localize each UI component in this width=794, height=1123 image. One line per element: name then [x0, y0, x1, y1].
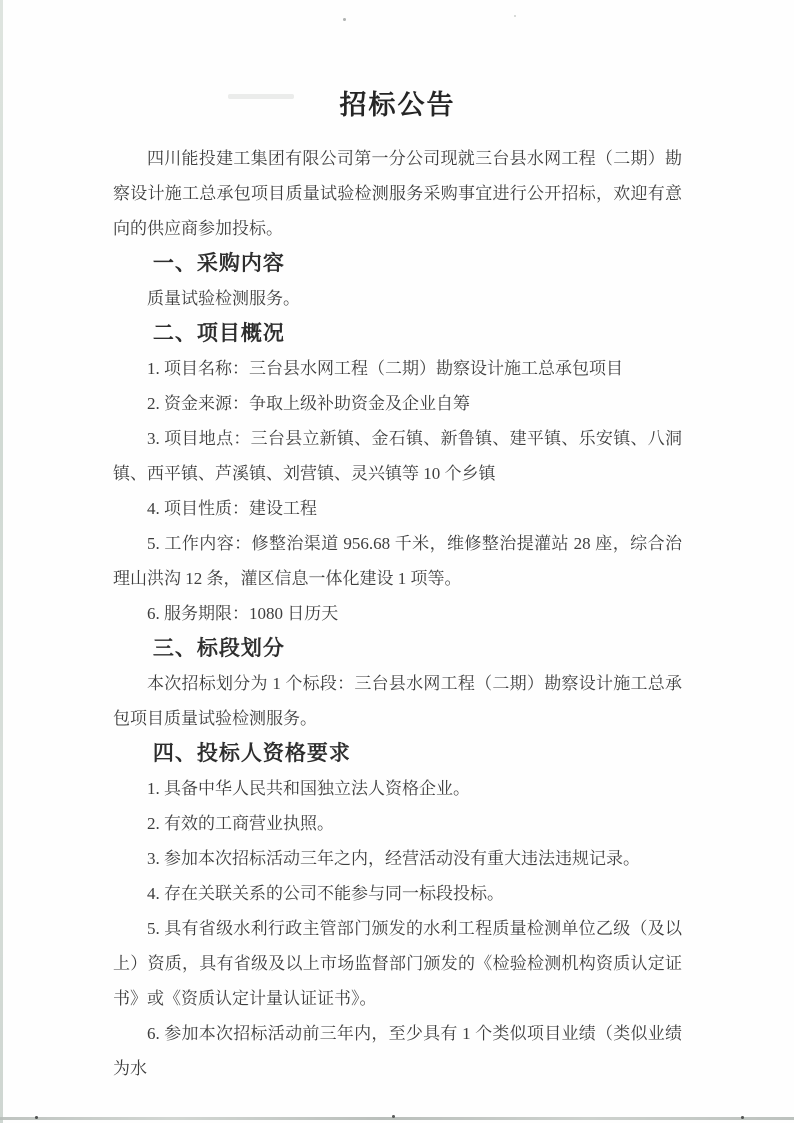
scan-edge-left-artifact: [0, 0, 3, 1123]
document-content: 招标公告 四川能投建工集团有限公司第一分公司现就三台县水网工程（二期）勘察设计施…: [113, 86, 682, 1086]
paragraph: 1. 具备中华人民共和国独立法人资格企业。: [113, 771, 682, 806]
paragraph: 2. 有效的工商营业执照。: [113, 806, 682, 841]
scan-speck: [392, 1115, 395, 1118]
paragraph: 4. 存在关联关系的公司不能参与同一标段投标。: [113, 876, 682, 911]
intro-paragraph: 四川能投建工集团有限公司第一分公司现就三台县水网工程（二期）勘察设计施工总承包项…: [113, 141, 682, 246]
paragraph: 5. 具有省级水利行政主管部门颁发的水利工程质量检测单位乙级（及以上）资质，具有…: [113, 911, 682, 1016]
section-heading-bid-section-division: 三、标段划分: [113, 631, 682, 666]
paragraph: 1. 项目名称：三台县水网工程（二期）勘察设计施工总承包项目: [113, 351, 682, 386]
paragraph: 4. 项目性质：建设工程: [113, 491, 682, 526]
paragraph: 3. 参加本次招标活动三年之内，经营活动没有重大违法违规记录。: [113, 841, 682, 876]
paragraph: 6. 服务期限：1080 日历天: [113, 596, 682, 631]
scan-speck: [514, 15, 516, 17]
document-title: 招标公告: [113, 86, 682, 124]
paragraph: 本次招标划分为 1 个标段：三台县水网工程（二期）勘察设计施工总承包项目质量试验…: [113, 666, 682, 736]
scanned-document-page: 招标公告 四川能投建工集团有限公司第一分公司现就三台县水网工程（二期）勘察设计施…: [0, 0, 794, 1123]
section-heading-project-overview: 二、项目概况: [113, 316, 682, 351]
paragraph: 5. 工作内容：修整治渠道 956.68 千米，维修整治提灌站 28 座，综合治…: [113, 526, 682, 596]
scan-speck: [343, 18, 346, 21]
section-heading-bidder-qualifications: 四、投标人资格要求: [113, 736, 682, 771]
paragraph: 6. 参加本次招标活动前三年内，至少具有 1 个类似项目业绩（类似业绩为水: [113, 1016, 682, 1086]
section-heading-procurement-content: 一、采购内容: [113, 246, 682, 281]
paragraph: 2. 资金来源：争取上级补助资金及企业自筹: [113, 386, 682, 421]
paragraph: 3. 项目地点：三台县立新镇、金石镇、新鲁镇、建平镇、乐安镇、八洞镇、西平镇、芦…: [113, 421, 682, 491]
scan-speck: [35, 1116, 38, 1119]
scan-speck: [741, 1116, 744, 1119]
scan-edge-bottom-artifact: [0, 1117, 794, 1120]
paragraph: 质量试验检测服务。: [113, 281, 682, 316]
